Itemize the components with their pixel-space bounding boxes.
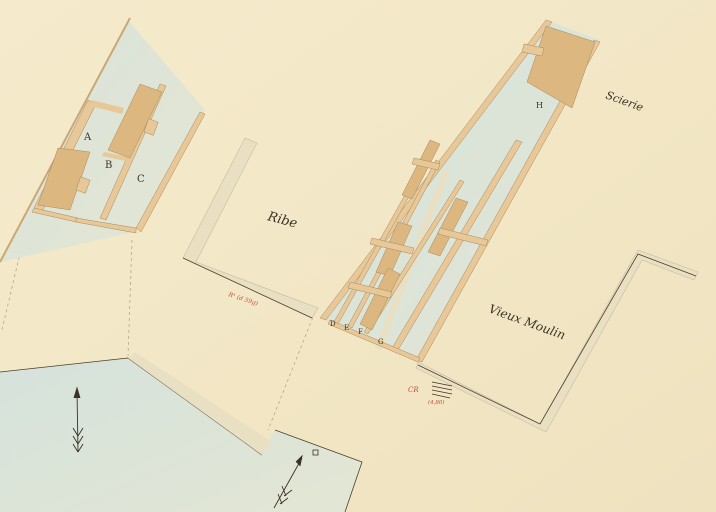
sluice-label-g: G bbox=[378, 338, 384, 346]
sluice-label-f: F bbox=[358, 328, 363, 336]
sluice-label-c: C bbox=[137, 174, 145, 185]
sluice-label-d: D bbox=[330, 320, 336, 328]
sluice-label-b: B bbox=[105, 160, 112, 171]
benchmark-cr-value: (4,80) bbox=[428, 399, 445, 406]
sluice-label-e: E bbox=[344, 324, 349, 332]
sluice-label-a: A bbox=[83, 132, 92, 143]
benchmark-cr: CR bbox=[408, 386, 419, 394]
sluice-label-h: H bbox=[536, 101, 543, 110]
mill-site-plan: A B C Ribe R¹ (d 59g) bbox=[0, 0, 716, 512]
